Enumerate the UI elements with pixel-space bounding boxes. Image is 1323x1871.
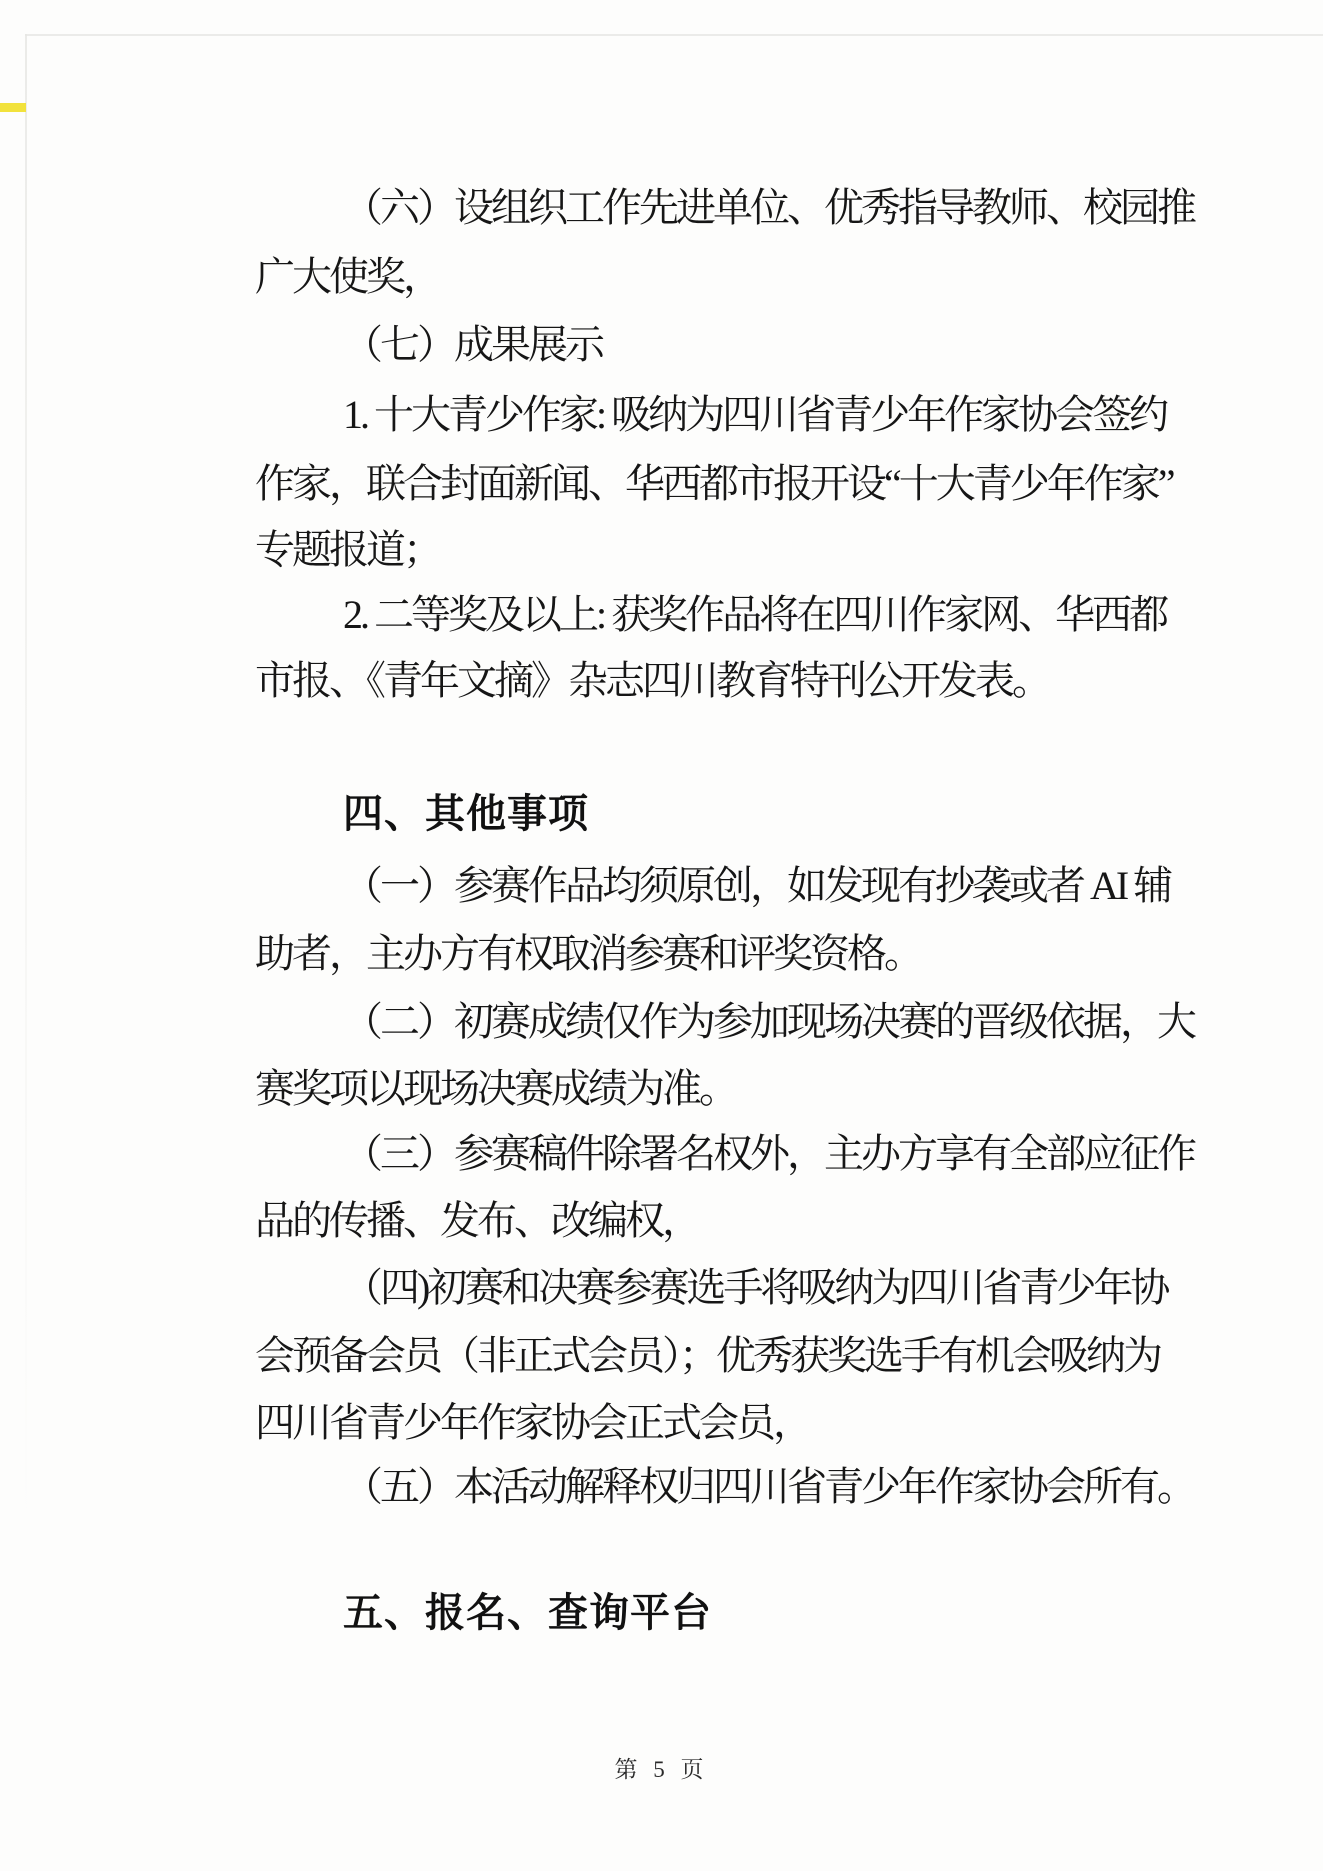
paragraph-line: 会预备会员（非正式会员）；优秀获奖选手有机会吸纳为	[255, 1331, 1160, 1381]
scan-artifact-yellow-mark	[0, 103, 26, 112]
paragraph-line: 市报、《青年文摘》杂志四川教育特刊公开发表。	[255, 656, 1049, 706]
paragraph-line: 1. 十大青少作家: 吸纳为四川省青少年作家协会签约	[343, 390, 1166, 440]
paragraph-line: （三）参赛稿件除署名权外，主办方享有全部应征作	[343, 1129, 1194, 1179]
paragraph-line: （五）本活动解释权归四川省青少年作家协会所有。	[343, 1462, 1194, 1512]
paragraph-line: 2. 二等奖及以上: 获奖作品将在四川作家网、华西都	[343, 590, 1166, 640]
paragraph-line: （四)初赛和决赛参赛选手将吸纳为四川省青少年协	[343, 1263, 1167, 1313]
paragraph-line: 作家，联合封面新闻、华西都市报开设“十大青少年作家”	[255, 459, 1173, 509]
page-number: 第 5 页	[0, 1751, 1323, 1784]
section-heading-registration-platform: 五、报名、查询平台	[343, 1588, 712, 1638]
paragraph-line: 赛奖项以现场决赛成绩为准。	[255, 1064, 736, 1114]
scanned-document-page: （六）设组织工作先进单位、优秀指导教师、校园推 广大使奖， （七）成果展示 1.…	[0, 0, 1323, 1871]
paragraph-line: 助者，主办方有权取消参赛和评奖资格。	[255, 929, 921, 979]
paragraph-line: （一）参赛作品均须原创，如发现有抄袭或者 AI 辅	[343, 861, 1170, 911]
paragraph-line: （七）成果展示	[343, 320, 602, 370]
paragraph-line: 专题报道；	[255, 525, 440, 575]
scan-edge-top	[25, 34, 1323, 36]
paragraph-line: 品的传播、发布、改编权，	[255, 1196, 699, 1246]
paragraph-line: （二）初赛成绩仅作为参加现场决赛的晋级依据，大	[343, 997, 1194, 1047]
paragraph-line: 四川省青少年作家协会正式会员，	[255, 1398, 810, 1448]
scan-edge-left	[25, 34, 27, 1534]
paragraph-line: （六）设组织工作先进单位、优秀指导教师、校园推	[343, 183, 1194, 233]
section-heading-other-matters: 四、其他事项	[343, 789, 589, 839]
paragraph-line: 广大使奖，	[255, 252, 440, 302]
